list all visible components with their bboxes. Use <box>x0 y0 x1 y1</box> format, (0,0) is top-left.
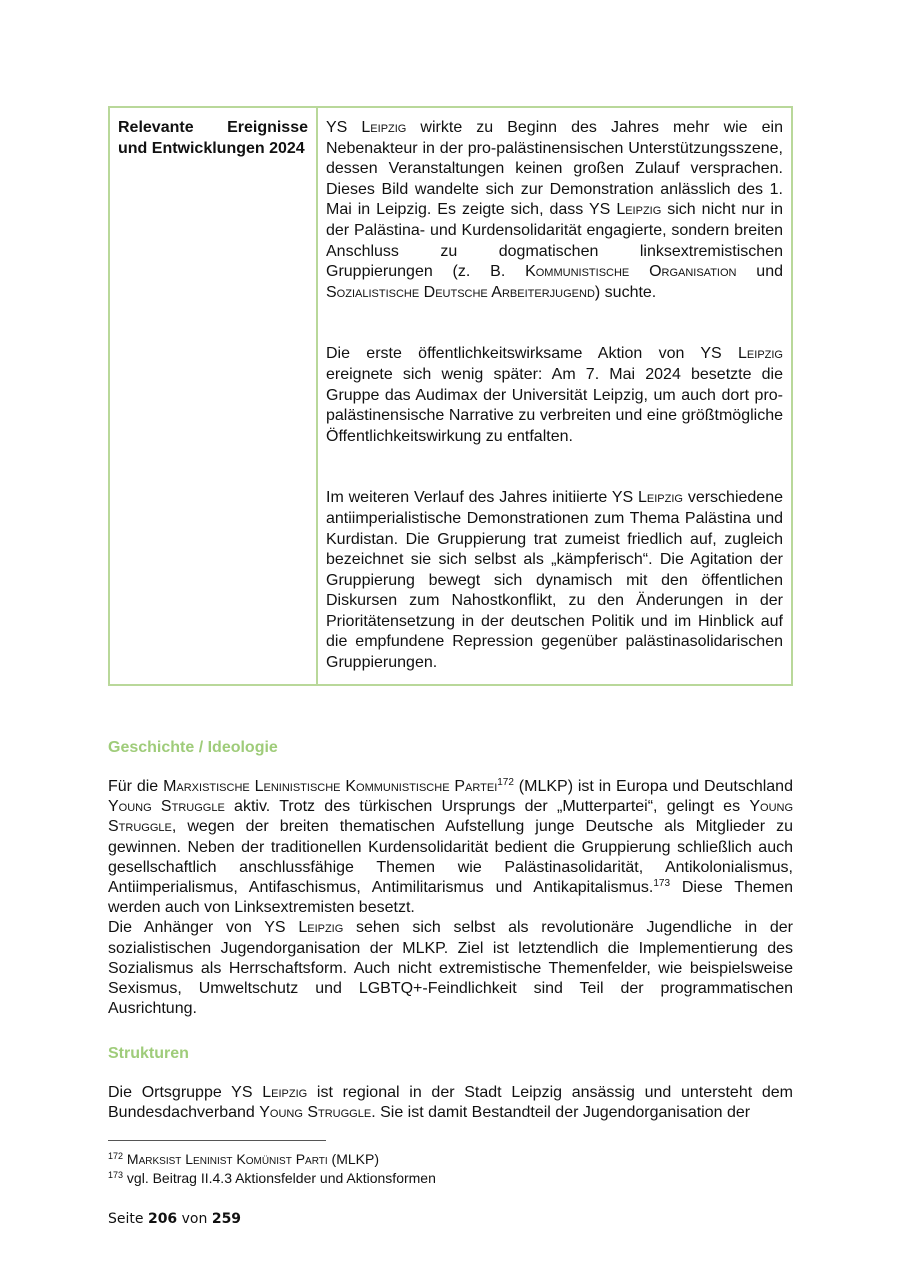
events-table: Relevante Ereignisse und Entwicklungen 2… <box>108 106 793 686</box>
body-paragraph: Die Ortsgruppe YS Leipzig ist regional i… <box>108 1083 793 1123</box>
body-paragraph: Für die Marxistische Leninistische Kommu… <box>108 777 793 918</box>
table-row-content: YS Leipzig wirkte zu Beginn des Jahres m… <box>317 107 792 685</box>
small-caps-name: Marxistische Leninistische Kommunistisch… <box>163 778 497 795</box>
small-caps-name: Sozialistische Deutsche Arbeiterjugend <box>326 284 595 301</box>
small-caps-name: Leipzig <box>298 919 343 936</box>
small-caps-name: Kommunistische Organisation <box>525 263 736 280</box>
footnotes: 172 Marksist Leninist Komünist Parti (ML… <box>108 1150 436 1188</box>
section-heading-history: Geschichte / Ideologie <box>108 739 278 757</box>
section-body-history: Für die Marxistische Leninistische Kommu… <box>108 777 793 1019</box>
footnote-divider <box>108 1140 326 1141</box>
small-caps-name: Young Struggle <box>108 798 225 815</box>
table-paragraph: YS Leipzig wirkte zu Beginn des Jahres m… <box>326 118 783 303</box>
small-caps-name: Leipzig <box>616 201 661 218</box>
small-caps-name: Leipzig <box>361 119 406 136</box>
page-number: Seite 206 von 259 <box>108 1211 241 1227</box>
table-paragraph: Im weiteren Verlauf des Jahres initiiert… <box>326 488 783 673</box>
footnote-number: 172 <box>108 1151 123 1161</box>
table-row: Relevante Ereignisse und Entwicklungen 2… <box>109 107 792 685</box>
section-heading-structures: Strukturen <box>108 1045 189 1063</box>
page-of: von <box>182 1211 208 1227</box>
total-pages: 259 <box>212 1211 241 1227</box>
small-caps-name: Young Struggle <box>259 1104 371 1121</box>
page-label: Seite <box>108 1211 144 1227</box>
small-caps-name: Leipzig <box>638 489 683 506</box>
small-caps-name: Leipzig <box>738 345 783 362</box>
footnote-number: 173 <box>108 1170 123 1180</box>
footnote-ref: 172 <box>497 777 514 788</box>
footnote-173: 173 vgl. Beitrag II.4.3 Aktionsfelder un… <box>108 1169 436 1188</box>
footnote-ref: 173 <box>653 878 670 889</box>
small-caps-name: Marksist Leninist Komünist Parti <box>127 1151 328 1167</box>
current-page: 206 <box>148 1211 177 1227</box>
table-row-label: Relevante Ereignisse und Entwicklungen 2… <box>109 107 317 685</box>
small-caps-name: Leipzig <box>262 1084 307 1101</box>
body-paragraph: Die Anhänger von YS Leipzig sehen sich s… <box>108 918 793 1019</box>
table-paragraph: Die erste öffentlichkeitswirksame Aktion… <box>326 344 783 447</box>
section-body-structures: Die Ortsgruppe YS Leipzig ist regional i… <box>108 1083 793 1123</box>
footnote-172: 172 Marksist Leninist Komünist Parti (ML… <box>108 1150 436 1169</box>
